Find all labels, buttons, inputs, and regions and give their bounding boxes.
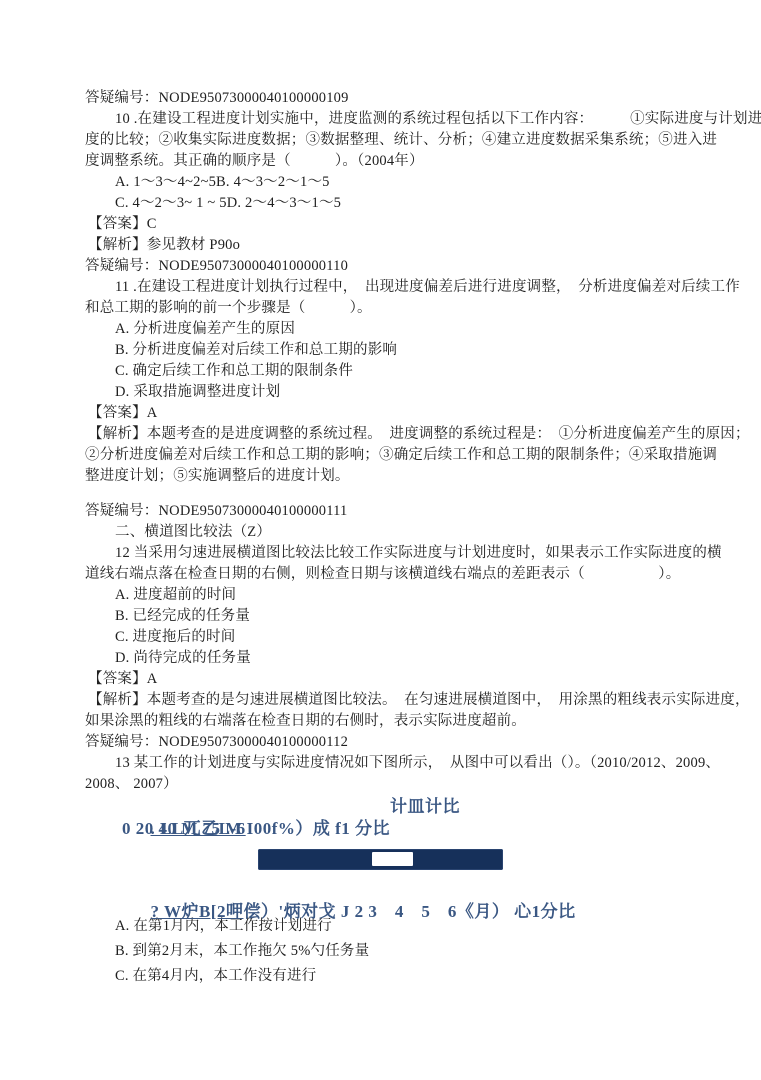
- q10-stem-line-1: 10 .在建设工程进度计划实施中，进度监测的系统过程包括以下工作内容： ①实际进…: [85, 109, 701, 130]
- ref-number-q13: 答疑编号：NODE95073000040100000112: [85, 732, 701, 753]
- q10-options-ab: A. 1～3～4~2~5B. 4～3～2～1～5: [85, 172, 701, 193]
- progress-bar: [258, 849, 503, 870]
- q10-stem-line-3: 度调整系统。其正确的顺序是（ ）。（2004年）: [85, 151, 701, 172]
- q11-analysis-line-2: ②分析进度偏差对后续工作和总工期的影响；③确定后续工作和总工期的限制条件；④采取…: [85, 445, 701, 466]
- q12-option-a: A. 进度超前的时间: [85, 585, 701, 606]
- q10-stem-line-2: 度的比较；②收集实际进度数据；③数据整理、统计、分析；④建立进度数据采集系统；⑤…: [85, 130, 701, 151]
- q13-stem-line-2: 2008、 2007）: [85, 774, 701, 795]
- q11-stem-line-2: 和总工期的影响的前一个步骤是（ ）。: [85, 298, 701, 319]
- figure-scale-line: 0 20 40 M 75 M I00f%）成 f1 分比: [122, 818, 701, 840]
- q11-analysis-line-3: 整进度计划；⑤实施调整后的进度计划。: [85, 466, 701, 487]
- figure-bottom-underlined: ? W炉B[2呷: [151, 902, 244, 921]
- q13-figure: . LL兀乙L-6 计皿计比 0 20 40 M 75 M I00f%）成 f1…: [122, 796, 701, 900]
- progress-bar-gap: [372, 852, 413, 866]
- figure-title-right: 计皿计比: [390, 796, 460, 818]
- section2-heading: 二、横道图比较法（Z）: [85, 522, 701, 543]
- figure-title-row: . LL兀乙L-6 计皿计比: [122, 796, 701, 818]
- q11-option-c: C. 确定后续工作和总工期的限制条件: [85, 361, 701, 382]
- q11-answer: 【答案】A: [85, 403, 701, 424]
- q13-option-b: B. 到第2月末，本工作拖欠 5%勺任务量: [85, 939, 701, 964]
- figure-bar-row: [122, 849, 701, 870]
- q10-analysis: 【解析】参见教材 P90o: [85, 235, 701, 256]
- q12-analysis-line-2: 如果涂黑的粗线的右端落在检查日期的右侧时，表示实际进度超前。: [85, 711, 701, 732]
- q13-stem-line-1: 13 某工作的计划进度与实际进度情况如下图所示， 从图中可以看出（）。（2010…: [85, 753, 701, 774]
- q12-option-c: C. 进度拖后的时间: [85, 627, 701, 648]
- q12-analysis-line-1: 【解析】本题考查的是匀速进展横道图比较法。 在匀速进展横道图中， 用涂黑的粗线表…: [85, 690, 701, 711]
- ref-number-q10: 答疑编号：NODE95073000040100000109: [85, 88, 701, 109]
- q10-answer: 【答案】C: [85, 214, 701, 235]
- ref-number-q11: 答疑编号：NODE95073000040100000110: [85, 256, 701, 277]
- q12-stem-line-2: 道线右端点落在检查日期的右侧，则检查日期与该横道线右端点的差距表示（ ）。: [85, 564, 701, 585]
- q12-option-d: D. 尚待完成的任务量: [85, 648, 701, 669]
- document-page: 答疑编号：NODE95073000040100000109 10 .在建设工程进…: [0, 0, 761, 1080]
- ref-number-section2: 答疑编号：NODE95073000040100000111: [85, 501, 701, 522]
- q12-answer: 【答案】A: [85, 669, 701, 690]
- q12-stem-line-1: 12 当采用匀速进展横道图比较法比较工作实际进度与计划进度时，如果表示工作实际进…: [85, 543, 701, 564]
- figure-bottom-rest: 偿）'炳对戈 J 2 3 4 5 6《月） 心1分比: [243, 902, 575, 921]
- q12-option-b: B. 已经完成的任务量: [85, 606, 701, 627]
- q11-option-b: B. 分析进度偏差对后续工作和总工期的影响: [85, 340, 701, 361]
- q11-option-d: D. 采取措施调整进度计划: [85, 382, 701, 403]
- q11-analysis-line-1: 【解析】本题考查的是进度调整的系统过程。 进度调整的系统过程是： ①分析进度偏差…: [85, 424, 701, 445]
- figure-bottom-row: ? W炉B[2呷偿）'炳对戈 J 2 3 4 5 6《月） 心1分比: [122, 877, 701, 900]
- q11-option-a: A. 分析进度偏差产生的原因: [85, 319, 701, 340]
- q13-option-c: C. 在第4月内，本工作没有进行: [85, 964, 701, 989]
- q11-stem-line-1: 11 .在建设工程进度计划执行过程中， 出现进度偏差后进行进度调整， 分析进度偏…: [85, 277, 701, 298]
- q10-options-cd: C. 4～2～3~ 1 ~ 5D. 2～4～3～1～5: [85, 193, 701, 214]
